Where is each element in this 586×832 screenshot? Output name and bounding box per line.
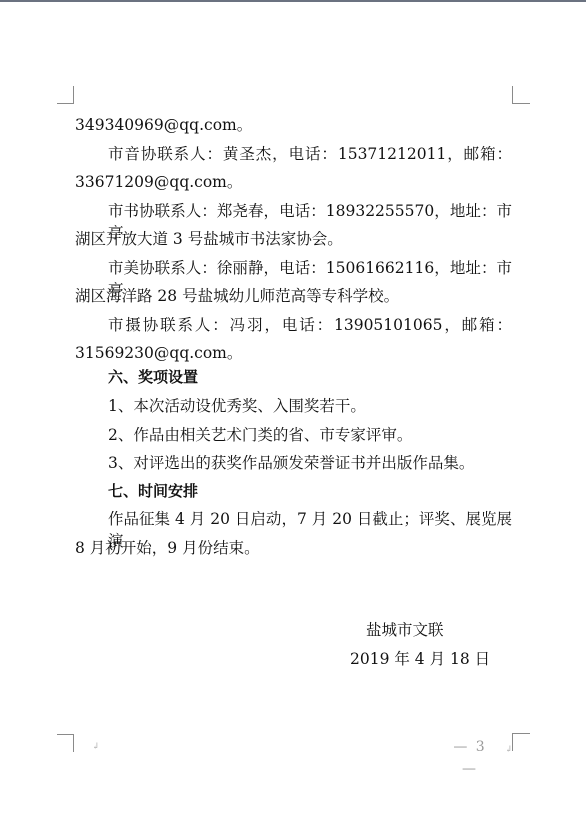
awards-item-3: 3、对评选出的获奖作品颁发荣誉证书并出版作品集。 xyxy=(108,452,512,474)
body-line-art-contact: 市美协联系人：徐丽静，电话：15061662116，地址：市亭 xyxy=(108,257,512,279)
body-line-photo-contact: 市摄协联系人：冯羽，电话：13905101065，邮箱： xyxy=(108,314,512,336)
body-line-art-address: 湖区海洋路 28 号盐城幼儿师范高等专科学校。 xyxy=(75,285,512,307)
schedule-text-line-2: 8 月初开始，9 月份结束。 xyxy=(75,537,512,559)
awards-item-2: 2、作品由相关艺术门类的省、市专家评审。 xyxy=(108,424,512,446)
paragraph-mark-icon: ↲ xyxy=(92,742,100,752)
page-number: — 3 — xyxy=(445,736,495,780)
section-heading-awards: 六、奖项设置 xyxy=(108,366,512,388)
body-line-email-3: 31569230@qq.com。 xyxy=(75,342,512,364)
signature-organization: 盐城市文联 xyxy=(366,619,444,641)
schedule-text-line-1: 作品征集 4 月 20 日启动，7 月 20 日截止；评奖、展览展演 xyxy=(108,508,512,530)
window-top-border xyxy=(0,0,586,2)
paragraph-mark-icon: ↲ xyxy=(505,745,513,755)
section-heading-schedule: 七、时间安排 xyxy=(108,480,512,502)
body-line-calligraphy-address: 湖区开放大道 3 号盐城市书法家协会。 xyxy=(75,228,512,250)
body-line-calligraphy-contact: 市书协联系人：郑尧春，电话：18932255570，地址：市亭 xyxy=(108,200,512,222)
body-line-email-1: 349340969@qq.com。 xyxy=(75,114,512,136)
body-line-music-contact: 市音协联系人：黄圣杰，电话：15371212011，邮箱： xyxy=(108,143,512,165)
awards-item-1: 1、本次活动设优秀奖、入围奖若干。 xyxy=(108,395,512,417)
body-line-email-2: 33671209@qq.com。 xyxy=(75,171,512,193)
signature-date: 2019 年 4 月 18 日 xyxy=(350,648,490,670)
